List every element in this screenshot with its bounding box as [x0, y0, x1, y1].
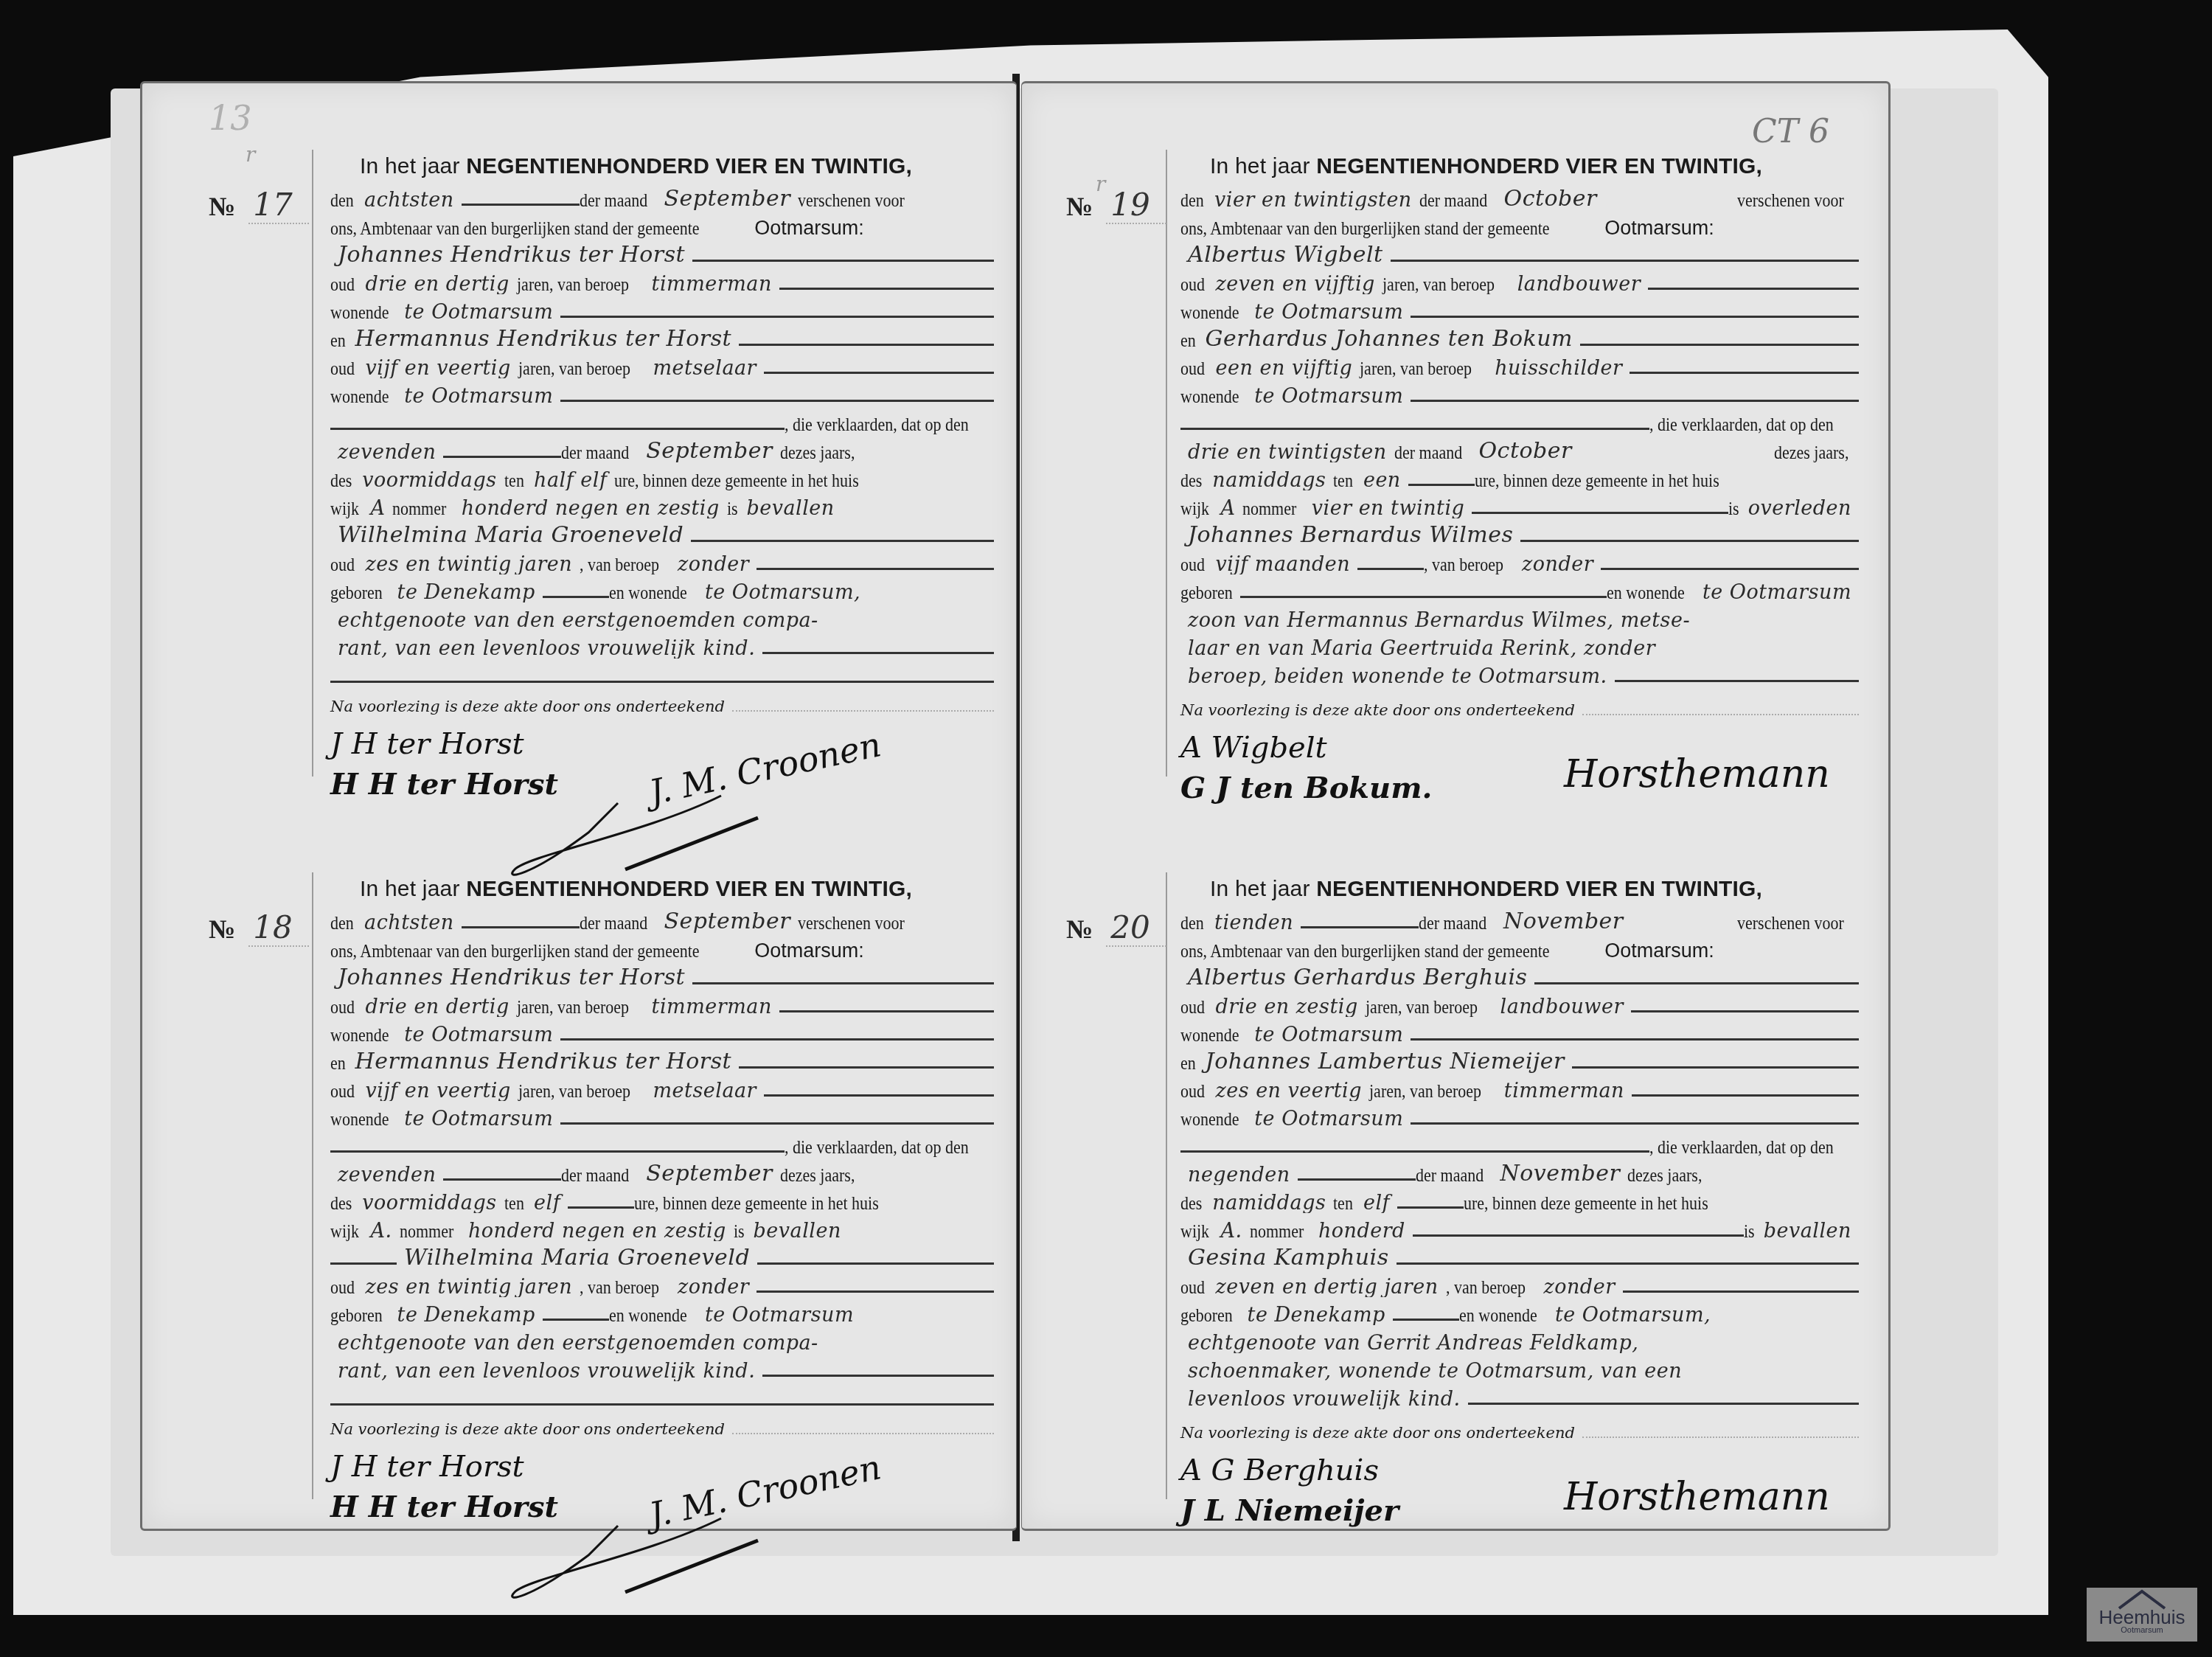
headline-year: NEGENTIENHONDERD VIER EN TWINTIG, — [466, 877, 912, 901]
signature-declarant1: J H ter Horst — [330, 1452, 524, 1481]
declarant2-name-line: enHermannus Hendrikus ter Horst — [330, 322, 994, 350]
declarant1-age-line: oudzeven en vijftigjaren, van beroepland… — [1180, 266, 1859, 294]
label-dezes-jaars: dezes jaars, — [780, 1167, 855, 1185]
record-number-value: 19 — [1106, 187, 1166, 224]
declarant2-name-line: enJohannes Lambertus Niemeijer — [1180, 1045, 1859, 1073]
headline-year: NEGENTIENHONDERD VIER EN TWINTIG, — [466, 154, 912, 178]
declarant1-occupation: timmerman — [644, 274, 779, 294]
declarant2-age-line: oudvijf en veertigjaren, van beroepmetse… — [330, 1073, 994, 1101]
label-oud: oud — [1180, 360, 1205, 378]
event-time-line: desvoormiddagstenelfure, binnen deze gem… — [330, 1185, 994, 1213]
day-written: achtsten — [357, 190, 462, 210]
date-line: denachtstender maandSeptemberverschenen … — [330, 182, 994, 210]
label-ure-binnen: ure, binnen deze gemeente in het huis — [1475, 472, 1719, 490]
wijk-value: A. — [363, 1221, 399, 1241]
subject-occupation: zonder — [670, 1277, 757, 1297]
event-date-line: drie en twintigstender maandOctoberdezes… — [1180, 434, 1859, 462]
label-en: en — [330, 332, 346, 350]
time-of-day: voormiddags — [355, 1193, 504, 1213]
declarant1-residence-line: wonendete Ootmarsum — [1180, 294, 1859, 322]
declarant2-name: Johannes Lambertus Niemeijer — [1198, 1051, 1572, 1073]
declarant1-residence-line: wonendete Ootmarsum — [330, 1017, 994, 1045]
fill-rule — [762, 1375, 994, 1377]
label-verschenen: verschenen voor — [1737, 914, 1844, 933]
dotted-leader — [1582, 714, 1859, 715]
record-number: № 19 — [1066, 187, 1166, 224]
label-geboren: geboren — [1180, 1307, 1233, 1325]
declarant2-residence: te Ootmarsum — [397, 386, 560, 406]
record-number-value: 18 — [248, 909, 309, 947]
label-en-wonende: en wonende — [1459, 1307, 1537, 1325]
record-body: In het jaar NEGENTIENHONDERD VIER EN TWI… — [330, 156, 994, 877]
subject-age-line: oudzeven en dertig jaren, van beroepzond… — [1180, 1269, 1859, 1297]
label-ambtenaar: ons, Ambtenaar van den burgerlijken stan… — [330, 942, 700, 961]
label-oud: oud — [330, 1083, 355, 1101]
record-headline: In het jaar NEGENTIENHONDERD VIER EN TWI… — [330, 156, 994, 178]
event-date-line: zevendender maandSeptemberdezes jaars, — [330, 434, 994, 462]
declarant1-name-line: Johannes Hendrikus ter Horst — [330, 961, 994, 989]
address-line: wijkA.nommerhonderdisbevallen — [1180, 1213, 1859, 1241]
month-written: October — [1497, 188, 1604, 210]
label-des: des — [330, 472, 352, 490]
label-dezes-jaars: dezes jaars, — [1774, 444, 1848, 462]
remark-line: laar en van Maria Geertruida Rerink, zon… — [1180, 631, 1859, 659]
declarant2-age: een en vijftig — [1208, 358, 1360, 378]
fill-rule — [543, 1319, 609, 1321]
number-symbol: № — [1066, 191, 1093, 222]
fill-rule — [543, 596, 609, 598]
number-symbol: № — [209, 914, 235, 945]
remark-line: echtgenoote van den eerstgenoemden compa… — [330, 1325, 994, 1353]
label-nommer: nommer — [400, 1223, 453, 1241]
label-oud: oud — [330, 998, 355, 1017]
subject-occupation: zonder — [670, 555, 757, 574]
fill-rule — [443, 1178, 561, 1181]
declarant1-residence: te Ootmarsum — [397, 302, 560, 322]
subject-age-line: oudzes en twintig jaren, van beroepzonde… — [330, 1269, 994, 1297]
label-beroep: jaren, van beroep — [518, 1083, 630, 1101]
event-hour: een — [1356, 470, 1408, 490]
label-ambtenaar: ons, Ambtenaar van den burgerlijken stan… — [1180, 942, 1550, 961]
fill-rule — [757, 568, 994, 570]
fill-rule — [1411, 400, 1859, 402]
margin-rule — [1166, 872, 1167, 1499]
signature-declarant2: J L Niemeijer — [1180, 1496, 1399, 1526]
fill-rule — [1520, 540, 1859, 542]
signature-declarant1: J H ter Horst — [330, 729, 524, 759]
label-der-maand: der maand — [1416, 1167, 1484, 1185]
margin-rule — [312, 872, 313, 1499]
event-day: zevenden — [330, 442, 443, 462]
time-of-day: namiddags — [1205, 470, 1333, 490]
subject-born-line: geborenen wonendete Ootmarsum — [1180, 574, 1859, 602]
fill-rule — [691, 540, 994, 542]
signed-caption-text: Na voorlezing is deze akte door ons onde… — [1180, 703, 1575, 718]
remark-line: echtgenoote van den eerstgenoemden compa… — [330, 602, 994, 631]
remark-text: levenloos vrouwelijk kind. — [1180, 1389, 1468, 1409]
fill-rule — [443, 456, 561, 458]
declarant2-residence-line: wonendete Ootmarsum — [330, 1101, 994, 1129]
declarant2-age-line: oudeen en vijftigjaren, van beroephuissc… — [1180, 350, 1859, 378]
remark-line: rant, van een levenloos vrouwelijk kind. — [330, 631, 994, 659]
remark-text: rant, van een levenloos vrouwelijk kind. — [330, 639, 762, 659]
label-nommer: nommer — [1242, 500, 1296, 518]
subject-born: te Denekamp — [390, 1305, 543, 1325]
declarant2-name-line: enHermannus Hendrikus ter Horst — [330, 1045, 994, 1073]
declarant2-age: vijf en veertig — [358, 358, 518, 378]
declared-line: , die verklaarden, dat op den — [330, 406, 994, 434]
event-time-line: desnamiddagsteneenure, binnen deze gemee… — [1180, 462, 1859, 490]
subject-born-line: geborente Denekampen wonendete Ootmarsum… — [330, 574, 994, 602]
record-headline: In het jaar NEGENTIENHONDERD VIER EN TWI… — [1180, 878, 1859, 900]
declarant1-residence: te Ootmarsum — [397, 1025, 560, 1045]
gemeente-name: Ootmarsum: — [1604, 218, 1714, 238]
subject-name-line: Johannes Bernardus Wilmes — [1180, 518, 1859, 546]
label-den: den — [330, 914, 354, 933]
fill-rule — [739, 1066, 994, 1069]
subject-residence: te Ootmarsum — [1695, 583, 1859, 602]
record-body: In het jaar NEGENTIENHONDERD VIER EN TWI… — [1180, 156, 1859, 880]
label-oud: oud — [330, 556, 355, 574]
label-van-beroep: , van beroep — [580, 556, 659, 574]
ambtenaar-line: ons, Ambtenaar van den burgerlijken stan… — [330, 933, 994, 961]
fill-rule — [1468, 1403, 1859, 1405]
label-wonende: wonende — [330, 1026, 389, 1045]
fill-rule — [1413, 1234, 1744, 1237]
declarant1-name: Johannes Hendrikus ter Horst — [330, 967, 692, 989]
wijk-value: A — [1213, 499, 1242, 518]
fill-rule — [1408, 484, 1475, 486]
declarant1-age: zeven en vijftig — [1208, 274, 1382, 294]
record-body: In het jaar NEGENTIENHONDERD VIER EN TWI… — [1180, 878, 1859, 1603]
event-hour: elf — [1356, 1193, 1397, 1213]
label-den: den — [330, 192, 354, 210]
event-month: September — [639, 1163, 780, 1185]
declarant2-residence: te Ootmarsum — [1247, 1109, 1411, 1129]
label-beroep: jaren, van beroep — [517, 998, 629, 1017]
fill-rule — [462, 926, 580, 928]
fill-rule — [330, 428, 785, 430]
declarant2-residence: te Ootmarsum — [1247, 386, 1411, 406]
fill-rule — [1240, 596, 1607, 598]
label-wijk: wijk — [330, 1223, 359, 1241]
record-number: № 17 — [209, 187, 309, 224]
subject-born: te Denekamp — [390, 583, 543, 602]
event-time-line: desnamiddagstenelfure, binnen deze gemee… — [1180, 1185, 1859, 1213]
subject-residence: te Ootmarsum, — [1548, 1305, 1718, 1325]
signed-caption: Na voorlezing is deze akte door ons onde… — [1180, 1425, 1859, 1441]
fill-rule — [1632, 1094, 1859, 1097]
label-is: is — [1728, 500, 1739, 518]
event-type: bevallen — [746, 1221, 849, 1241]
headline-prefix: In het jaar — [1210, 877, 1310, 901]
label-geboren: geboren — [330, 584, 383, 602]
label-der-maand: der maand — [580, 914, 647, 933]
label-geboren: geboren — [330, 1307, 383, 1325]
watermark-name: Heemhuis — [2087, 1608, 2197, 1626]
event-month: November — [1492, 1163, 1627, 1185]
label-oud: oud — [1180, 998, 1205, 1017]
subject-residence: te Ootmarsum, — [698, 583, 868, 602]
label-en-wonende: en wonende — [609, 584, 687, 602]
subject-age-line: oudvijf maanden, van beroepzonder — [1180, 546, 1859, 574]
label-van-beroep: , van beroep — [1424, 556, 1503, 574]
declarant2-age-line: oudzes en veertigjaren, van beroeptimmer… — [1180, 1073, 1859, 1101]
remark-text: echtgenoote van Gerrit Andreas Feldkamp, — [1180, 1333, 1646, 1353]
event-day: negenden — [1180, 1165, 1298, 1185]
declarant2-age-line: oudvijf en veertigjaren, van beroepmetse… — [330, 350, 994, 378]
margin-rule — [312, 150, 313, 777]
fill-rule — [764, 1094, 994, 1097]
subject-residence: te Ootmarsum — [698, 1305, 861, 1325]
label-den: den — [1180, 192, 1204, 210]
record-20: № 20 In het jaar NEGENTIENHONDERD VIER E… — [1022, 806, 1888, 1529]
declarant1-age: drie en dertig — [358, 997, 517, 1017]
number-symbol: № — [209, 191, 235, 222]
declarant2-residence-line: wonendete Ootmarsum — [1180, 378, 1859, 406]
label-ure-binnen: ure, binnen deze gemeente in het huis — [1464, 1195, 1708, 1213]
label-verklaarden: , die verklaarden, dat op den — [1649, 1139, 1834, 1157]
remark-text: schoenmaker, wonende te Ootmarsum, van e… — [1180, 1361, 1689, 1381]
label-ten: ten — [1333, 472, 1353, 490]
label-ten: ten — [504, 472, 524, 490]
fill-rule — [1393, 1319, 1459, 1321]
label-nommer: nommer — [1250, 1223, 1304, 1241]
declarant2-name: Gerhardus Johannes ten Bokum — [1198, 328, 1580, 350]
fill-rule — [1357, 568, 1424, 570]
fill-rule — [757, 1262, 994, 1265]
label-verklaarden: , die verklaarden, dat op den — [785, 416, 969, 434]
record-18: № 18 In het jaar NEGENTIENHONDERD VIER E… — [142, 806, 1016, 1529]
signed-caption: Na voorlezing is deze akte door ons onde… — [1180, 703, 1859, 718]
label-wonende: wonende — [1180, 304, 1239, 322]
record-number-value: 17 — [248, 187, 309, 224]
event-day: zevenden — [330, 1165, 443, 1185]
dotted-leader — [1582, 1437, 1859, 1438]
label-is: is — [1744, 1223, 1755, 1241]
record-number: № 18 — [209, 909, 309, 947]
declarant2-age: vijf en veertig — [358, 1081, 518, 1101]
fill-rule — [1601, 568, 1859, 570]
remark-text: echtgenoote van den eerstgenoemden compa… — [330, 611, 826, 631]
margin-rule — [1166, 150, 1167, 777]
fill-rule — [1180, 428, 1649, 430]
label-verklaarden: , die verklaarden, dat op den — [785, 1139, 969, 1157]
address-line: wijkA.nommerhonderd negen en zestigisbev… — [330, 1213, 994, 1241]
record-body: In het jaar NEGENTIENHONDERD VIER EN TWI… — [330, 878, 994, 1599]
label-en: en — [1180, 332, 1196, 350]
fill-rule — [1631, 1010, 1859, 1012]
label-oud: oud — [330, 1279, 355, 1297]
headline-year: NEGENTIENHONDERD VIER EN TWINTIG, — [1316, 154, 1762, 178]
declarant1-name-line: Albertus Gerhardus Berghuis — [1180, 961, 1859, 989]
declarant1-occupation: timmerman — [644, 997, 779, 1017]
headline-prefix: In het jaar — [1210, 154, 1310, 178]
event-type: bevallen — [739, 499, 841, 518]
subject-occupation: zonder — [1514, 555, 1601, 574]
day-written: achtsten — [357, 913, 462, 933]
label-en-wonende: en wonende — [1607, 584, 1685, 602]
fill-rule — [692, 982, 994, 984]
label-ambtenaar: ons, Ambtenaar van den burgerlijken stan… — [330, 220, 700, 238]
headline-prefix: In het jaar — [360, 154, 460, 178]
dotted-leader — [732, 1433, 994, 1434]
fill-rule — [560, 316, 994, 318]
fill-rule — [1615, 680, 1859, 682]
remark-text: zoon van Hermannus Bernardus Wilmes, met… — [1180, 611, 1697, 631]
headline-prefix: In het jaar — [360, 877, 460, 901]
subject-age: zeven en dertig jaren — [1208, 1277, 1446, 1297]
event-date-line: negendender maandNovemberdezes jaars, — [1180, 1157, 1859, 1185]
fill-rule — [1648, 288, 1859, 290]
address-line: wijkAnommerhonderd negen en zestigisbeva… — [330, 490, 994, 518]
declarant2-residence-line: wonendete Ootmarsum — [330, 378, 994, 406]
declared-line: , die verklaarden, dat op den — [330, 1129, 994, 1157]
event-date-line: zevendender maandSeptemberdezes jaars, — [330, 1157, 994, 1185]
remark-text: rant, van een levenloos vrouwelijk kind. — [330, 1361, 762, 1381]
label-der-maand: der maand — [561, 1167, 629, 1185]
fill-rule — [1397, 1206, 1464, 1209]
house-number: honderd negen en zestig — [461, 1221, 734, 1241]
declarant2-occupation: huisschilder — [1487, 358, 1630, 378]
signature-official: Horsthemann — [1564, 1478, 1830, 1516]
label-verschenen: verschenen voor — [1737, 192, 1844, 210]
label-dezes-jaars: dezes jaars, — [780, 444, 855, 462]
event-type: overleden — [1741, 499, 1859, 518]
heemhuis-watermark: Heemhuis Ootmarsum — [2087, 1588, 2197, 1642]
fill-rule — [568, 1206, 634, 1209]
subject-name: Johannes Bernardus Wilmes — [1180, 524, 1520, 546]
ambtenaar-line: ons, Ambtenaar van den burgerlijken stan… — [330, 210, 994, 238]
fill-rule — [1472, 512, 1728, 514]
label-des: des — [1180, 472, 1202, 490]
declarant1-occupation: landbouwer — [1510, 274, 1648, 294]
label-oud: oud — [1180, 1279, 1205, 1297]
house-number: vier en twintig — [1304, 499, 1472, 518]
ambtenaar-line: ons, Ambtenaar van den burgerlijken stan… — [1180, 210, 1859, 238]
day-written: vier en twintigsten — [1207, 190, 1419, 210]
event-month: September — [639, 440, 780, 462]
signature-flourish-icon — [500, 1511, 765, 1599]
label-nommer: nommer — [392, 500, 446, 518]
fill-rule — [757, 1290, 994, 1293]
number-symbol: № — [1066, 914, 1093, 945]
subject-age: zes en twintig jaren — [358, 1277, 580, 1297]
label-wonende: wonende — [330, 1111, 389, 1129]
house-number: honderd — [1311, 1221, 1413, 1241]
label-des: des — [1180, 1195, 1202, 1213]
label-is: is — [727, 500, 738, 518]
label-ambtenaar: ons, Ambtenaar van den burgerlijken stan… — [1180, 220, 1550, 238]
declarant1-residence-line: wonendete Ootmarsum — [1180, 1017, 1859, 1045]
subject-born: te Denekamp — [1240, 1305, 1393, 1325]
register-book: 13 r № 17 In het jaar NEGENTIENHONDERD V… — [140, 74, 1924, 1541]
fill-rule — [692, 260, 994, 262]
house-number: honderd negen en zestig — [454, 499, 727, 518]
label-wonende: wonende — [330, 388, 389, 406]
event-type: bevallen — [1756, 1221, 1859, 1241]
fill-rule — [1391, 260, 1859, 262]
fill-rule — [1301, 926, 1419, 928]
label-en-wonende: en wonende — [609, 1307, 687, 1325]
event-month: October — [1471, 440, 1579, 462]
remark-text: beroep, beiden wonende te Ootmarsum. — [1180, 667, 1615, 687]
declared-line: , die verklaarden, dat op den — [1180, 1129, 1859, 1157]
subject-name: Wilhelmina Maria Groeneveld — [397, 1247, 757, 1269]
time-of-day: namiddags — [1205, 1193, 1333, 1213]
label-der-maand: der maand — [1419, 192, 1487, 210]
label-wonende: wonende — [1180, 388, 1239, 406]
label-oud: oud — [330, 276, 355, 294]
fill-rule — [560, 1122, 994, 1125]
fill-rule — [560, 400, 994, 402]
label-ten: ten — [1333, 1195, 1353, 1213]
fill-rule — [739, 344, 994, 346]
label-beroep: jaren, van beroep — [1369, 1083, 1481, 1101]
gemeente-name: Ootmarsum: — [754, 941, 864, 961]
fill-rule — [1411, 1122, 1859, 1125]
declarant2-name: Hermannus Hendrikus ter Horst — [348, 328, 740, 350]
fill-rule — [330, 1262, 397, 1265]
label-der-maand: der maand — [1394, 444, 1462, 462]
record-number-value: 20 — [1106, 909, 1166, 947]
label-ure-binnen: ure, binnen deze gemeente in het huis — [634, 1195, 879, 1213]
headline-year: NEGENTIENHONDERD VIER EN TWINTIG, — [1316, 877, 1762, 901]
label-der-maand: der maand — [561, 444, 629, 462]
declarant1-name-line: Albertus Wigbelt — [1180, 238, 1859, 266]
fill-rule — [1180, 1150, 1649, 1153]
label-verschenen: verschenen voor — [798, 192, 905, 210]
remark-line: rant, van een levenloos vrouwelijk kind. — [330, 1353, 994, 1381]
declarant1-name: Johannes Hendrikus ter Horst — [330, 244, 692, 266]
declarant1-residence: te Ootmarsum — [1247, 302, 1411, 322]
closing-rule — [330, 669, 994, 683]
declarant1-age: drie en dertig — [358, 274, 517, 294]
declarant2-name-line: enGerhardus Johannes ten Bokum — [1180, 322, 1859, 350]
event-time-line: desvoormiddagstenhalf elfure, binnen dez… — [330, 462, 994, 490]
closing-rule — [330, 1392, 994, 1406]
label-beroep: jaren, van beroep — [518, 360, 630, 378]
remark-line: levenloos vrouwelijk kind. — [1180, 1381, 1859, 1409]
declarant1-name: Albertus Wigbelt — [1180, 244, 1391, 266]
date-line: dentiendender maandNovemberverschenen vo… — [1180, 905, 1859, 933]
label-van-beroep: , van beroep — [1446, 1279, 1526, 1297]
subject-born-line: geborente Denekampen wonendete Ootmarsum — [330, 1297, 994, 1325]
label-beroep: jaren, van beroep — [517, 276, 629, 294]
remark-line: beroep, beiden wonende te Ootmarsum. — [1180, 659, 1859, 687]
event-day: drie en twintigsten — [1180, 442, 1394, 462]
label-wonende: wonende — [1180, 1026, 1239, 1045]
label-oud: oud — [1180, 556, 1205, 574]
remark-text: laar en van Maria Geertruida Rerink, zon… — [1180, 639, 1663, 659]
fill-rule — [462, 204, 580, 206]
subject-name-line: Wilhelmina Maria Groeneveld — [330, 1241, 994, 1269]
fill-rule — [1630, 372, 1859, 374]
record-17: № 17 In het jaar NEGENTIENHONDERD VIER E… — [142, 83, 1016, 806]
fill-rule — [1298, 1178, 1416, 1181]
declarant1-age-line: ouddrie en dertigjaren, van beroeptimmer… — [330, 266, 994, 294]
date-line: denvier en twintigstender maandOctoberve… — [1180, 182, 1859, 210]
signed-caption-text: Na voorlezing is deze akte door ons onde… — [330, 1422, 725, 1437]
event-hour: half elf — [526, 470, 614, 490]
fill-rule — [1397, 1262, 1859, 1265]
label-geboren: geboren — [1180, 584, 1233, 602]
subject-born-line: geborente Denekampen wonendete Ootmarsum… — [1180, 1297, 1859, 1325]
signature-official: Horsthemann — [1564, 755, 1830, 793]
remark-line: schoenmaker, wonende te Ootmarsum, van e… — [1180, 1353, 1859, 1381]
right-page: CT 6 r № 19 In het jaar NEGENTIENHONDERD… — [1021, 81, 1891, 1531]
declarant2-name: Hermannus Hendrikus ter Horst — [348, 1051, 740, 1073]
